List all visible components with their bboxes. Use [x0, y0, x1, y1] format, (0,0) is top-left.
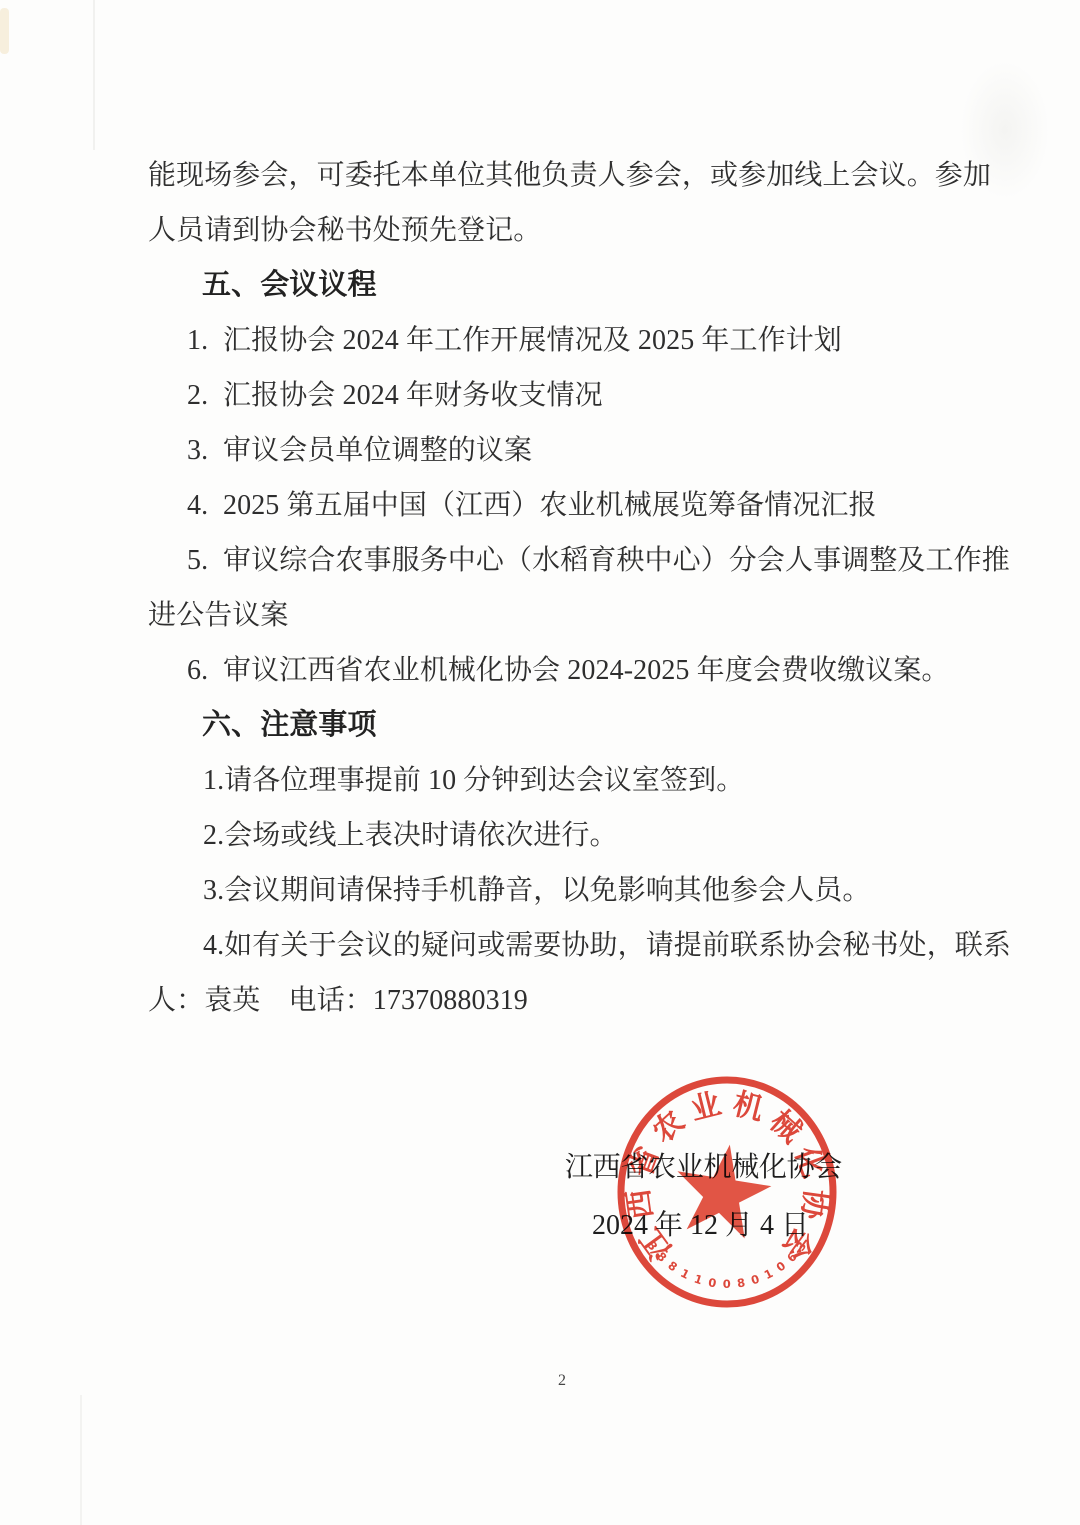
agenda-item-1: 1.汇报协会 2024 年工作开展情况及 2025 年工作计划: [148, 313, 990, 368]
svg-text:械: 械: [763, 1105, 807, 1150]
official-seal-stamp: 江西省农业机械化协会 3601080011883: [612, 1070, 842, 1314]
note-1: 1.请各位理事提前 10 分钟到达会议室签到。: [148, 753, 990, 808]
scan-artifact-edge-top: [93, 0, 95, 150]
agenda-item-4-number: 4.: [187, 478, 223, 533]
agenda-item-3: 3.审议会员单位调整的议案: [148, 423, 990, 478]
note-3: 3.会议期间请保持手机静音，以免影响其他参会人员。: [148, 863, 990, 918]
page-number: 2: [558, 1372, 566, 1390]
svg-text:1: 1: [678, 1266, 692, 1282]
document-body: 能现场参会，可委托本单位其他负责人参会，或参加线上会议。参加 人员请到协会秘书处…: [148, 148, 990, 1028]
agenda-item-3-number: 3.: [187, 423, 223, 478]
intro-line-1: 能现场参会，可委托本单位其他负责人参会，或参加线上会议。参加: [148, 148, 990, 203]
agenda-item-6-number: 6.: [187, 643, 223, 698]
agenda-item-4: 4.2025 第五届中国（江西）农业机械展览筹备情况汇报: [148, 478, 990, 533]
svg-text:8: 8: [736, 1275, 747, 1290]
agenda-item-5-text: 审议综合农事服务中心（水稻育秧中心）分会人事调整及工作推: [223, 545, 1010, 576]
svg-text:0: 0: [774, 1258, 789, 1274]
agenda-item-2: 2.汇报协会 2024 年财务收支情况: [148, 368, 990, 423]
signature-date: 2024 年 12 月 4 日: [592, 1204, 809, 1248]
svg-text:0: 0: [749, 1272, 761, 1288]
svg-text:8: 8: [654, 1249, 670, 1265]
section5-heading: 五、会议议程: [148, 258, 990, 313]
svg-text:1: 1: [762, 1266, 776, 1282]
svg-text:1: 1: [692, 1272, 704, 1288]
agenda-item-4-text: 2025 第五届中国（江西）农业机械展览筹备情况汇报: [223, 490, 877, 521]
svg-text:8: 8: [665, 1258, 680, 1274]
svg-text:0: 0: [723, 1277, 732, 1291]
seal-ring: [621, 1080, 833, 1304]
scan-artifact-edge-bottom: [80, 1395, 82, 1525]
note-2: 2.会场或线上表决时请依次进行。: [148, 808, 990, 863]
agenda-item-5-number: 5.: [187, 533, 223, 588]
intro-line-2: 人员请到协会秘书处预先登记。: [148, 203, 990, 258]
scan-artifact-smudge: [0, 8, 9, 54]
svg-text:农: 农: [646, 1105, 690, 1150]
agenda-item-3-text: 审议会员单位调整的议案: [223, 435, 532, 466]
agenda-item-6-text: 审议江西省农业机械化协会 2024-2025 年度会费收缴议案。: [223, 655, 950, 686]
svg-text:6: 6: [784, 1249, 800, 1265]
agenda-item-6: 6.审议江西省农业机械化协会 2024-2025 年度会费收缴议案。: [148, 643, 990, 698]
agenda-item-1-number: 1.: [187, 313, 223, 368]
document-page: 能现场参会，可委托本单位其他负责人参会，或参加线上会议。参加 人员请到协会秘书处…: [0, 0, 1080, 1525]
agenda-item-5: 5.审议综合农事服务中心（水稻育秧中心）分会人事调整及工作推: [148, 533, 990, 588]
svg-text:业: 业: [687, 1087, 724, 1126]
svg-text:0: 0: [707, 1275, 718, 1290]
agenda-item-5-continuation: 进公告议案: [148, 588, 990, 643]
agenda-item-2-text: 汇报协会 2024 年财务收支情况: [223, 380, 603, 411]
svg-text:机: 机: [730, 1087, 767, 1126]
agenda-item-2-number: 2.: [187, 368, 223, 423]
agenda-item-1-text: 汇报协会 2024 年工作开展情况及 2025 年工作计划: [223, 325, 842, 356]
signature-organization: 江西省农业机械化协会: [565, 1146, 842, 1190]
note-4-continuation: 人：袁英 电话：17370880319: [148, 973, 990, 1028]
section6-heading: 六、注意事项: [148, 698, 990, 753]
note-4: 4.如有关于会议的疑问或需要协助，请提前联系协会秘书处，联系: [148, 918, 990, 973]
